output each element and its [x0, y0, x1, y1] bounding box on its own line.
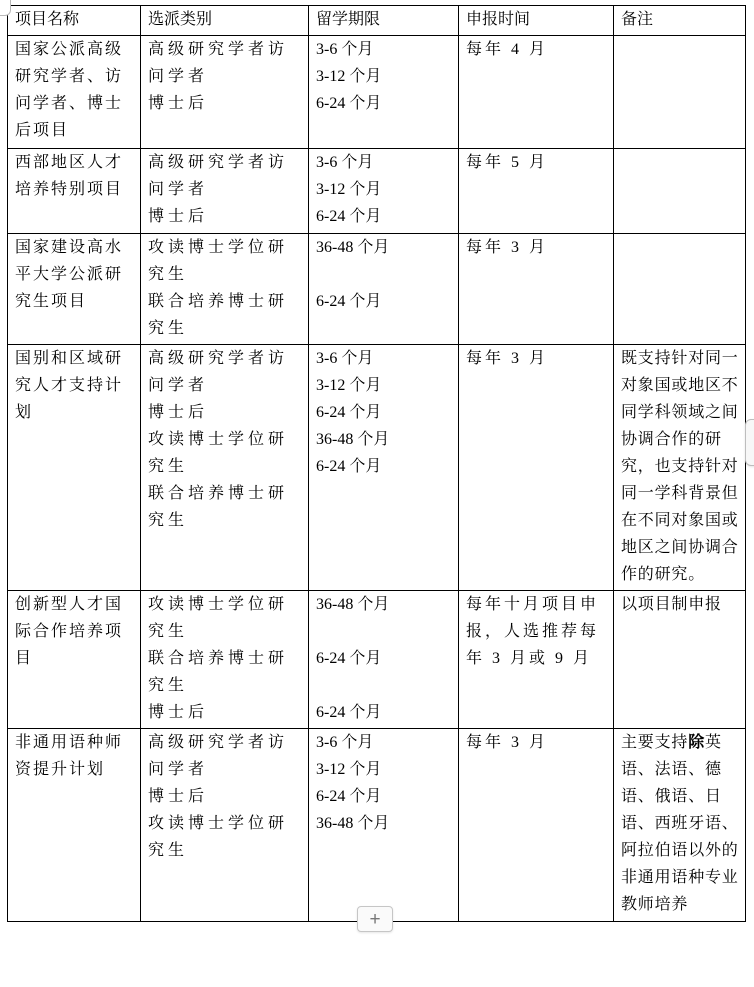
- cell-durations: 36-48 个月 6-24 个月 6-24 个月: [309, 591, 459, 729]
- col-header-category: 选派类别: [141, 6, 309, 36]
- table-row: 创新型人才国际合作培养项目 攻读博士学位研究生 联合培养博士研究生 博士后 36…: [8, 591, 746, 729]
- cell-remark: 以项目制申报: [614, 591, 746, 729]
- col-header-project-name: 项目名称: [8, 6, 141, 36]
- cell-apply-time: 每年 3 月: [459, 234, 614, 345]
- cell-remark: [614, 234, 746, 345]
- table-row: 国家建设高水平大学公派研究生项目 攻读博士学位研究生 联合培养博士研究生 36-…: [8, 234, 746, 345]
- cell-durations: 3-6 个月 3-12 个月 6-24 个月: [309, 149, 459, 234]
- cell-categories: 高级研究学者访问学者 博士后: [141, 36, 309, 149]
- cell-remark: [614, 36, 746, 149]
- table-row: 国别和区域研究人才支持计划 高级研究学者访问学者 博士后 攻读博士学位研究生 联…: [8, 345, 746, 591]
- cell-durations: 3-6 个月 3-12 个月 6-24 个月 36-48 个月: [309, 729, 459, 922]
- remark-bold-text: 除: [688, 734, 705, 751]
- cell-project-name: 国家建设高水平大学公派研究生项目: [8, 234, 141, 345]
- table-handle-button[interactable]: [0, 0, 11, 16]
- cell-apply-time: 每年十月项目申报，人选推荐每年 3 月或 9 月: [459, 591, 614, 729]
- cell-durations: 3-6 个月 3-12 个月 6-24 个月 36-48 个月 6-24 个月: [309, 345, 459, 591]
- remark-text: 主要支持: [621, 734, 688, 751]
- document-page: 项目名称 选派类别 留学期限 申报时间 备注 国家公派高级研究学者、访问学者、博…: [0, 0, 754, 987]
- cell-categories: 攻读博士学位研究生 联合培养博士研究生: [141, 234, 309, 345]
- cell-apply-time: 每年 5 月: [459, 149, 614, 234]
- cell-durations: 3-6 个月 3-12 个月 6-24 个月: [309, 36, 459, 149]
- cell-durations: 36-48 个月 6-24 个月: [309, 234, 459, 345]
- cell-apply-time: 每年 4 月: [459, 36, 614, 149]
- cell-categories: 攻读博士学位研究生 联合培养博士研究生 博士后: [141, 591, 309, 729]
- cell-project-name: 西部地区人才培养特别项目: [8, 149, 141, 234]
- programs-table: 项目名称 选派类别 留学期限 申报时间 备注 国家公派高级研究学者、访问学者、博…: [7, 5, 746, 922]
- table-row: 西部地区人才培养特别项目 高级研究学者访问学者 博士后 3-6 个月 3-12 …: [8, 149, 746, 234]
- col-header-duration: 留学期限: [309, 6, 459, 36]
- cell-categories: 高级研究学者访问学者 博士后 攻读博士学位研究生: [141, 729, 309, 922]
- cell-apply-time: 每年 3 月: [459, 345, 614, 591]
- cell-categories: 高级研究学者访问学者 博士后 攻读博士学位研究生 联合培养博士研究生: [141, 345, 309, 591]
- add-column-button[interactable]: +: [745, 419, 754, 466]
- table-row: 国家公派高级研究学者、访问学者、博士后项目 高级研究学者访问学者 博士后 3-6…: [8, 36, 746, 149]
- table-row: 非通用语种师资提升计划 高级研究学者访问学者 博士后 攻读博士学位研究生 3-6…: [8, 729, 746, 922]
- cell-project-name: 国别和区域研究人才支持计划: [8, 345, 141, 591]
- add-row-button[interactable]: +: [357, 906, 393, 932]
- remark-text: 英语、法语、德语、俄语、日语、西班牙语、阿拉伯语以外的非通用语种专业教师培养: [621, 734, 739, 913]
- col-header-apply-time: 申报时间: [459, 6, 614, 36]
- cell-remark: 主要支持除英语、法语、德语、俄语、日语、西班牙语、阿拉伯语以外的非通用语种专业教…: [614, 729, 746, 922]
- cell-remark: 既支持针对同一对象国或地区不同学科领域之间协调合作的研究，也支持针对同一学科背景…: [614, 345, 746, 591]
- plus-icon: +: [369, 909, 380, 930]
- cell-project-name: 国家公派高级研究学者、访问学者、博士后项目: [8, 36, 141, 149]
- cell-remark: [614, 149, 746, 234]
- cell-project-name: 非通用语种师资提升计划: [8, 729, 141, 922]
- col-header-remark: 备注: [614, 6, 746, 36]
- table-header-row: 项目名称 选派类别 留学期限 申报时间 备注: [8, 6, 746, 36]
- cell-categories: 高级研究学者访问学者 博士后: [141, 149, 309, 234]
- cell-apply-time: 每年 3 月: [459, 729, 614, 922]
- cell-project-name: 创新型人才国际合作培养项目: [8, 591, 141, 729]
